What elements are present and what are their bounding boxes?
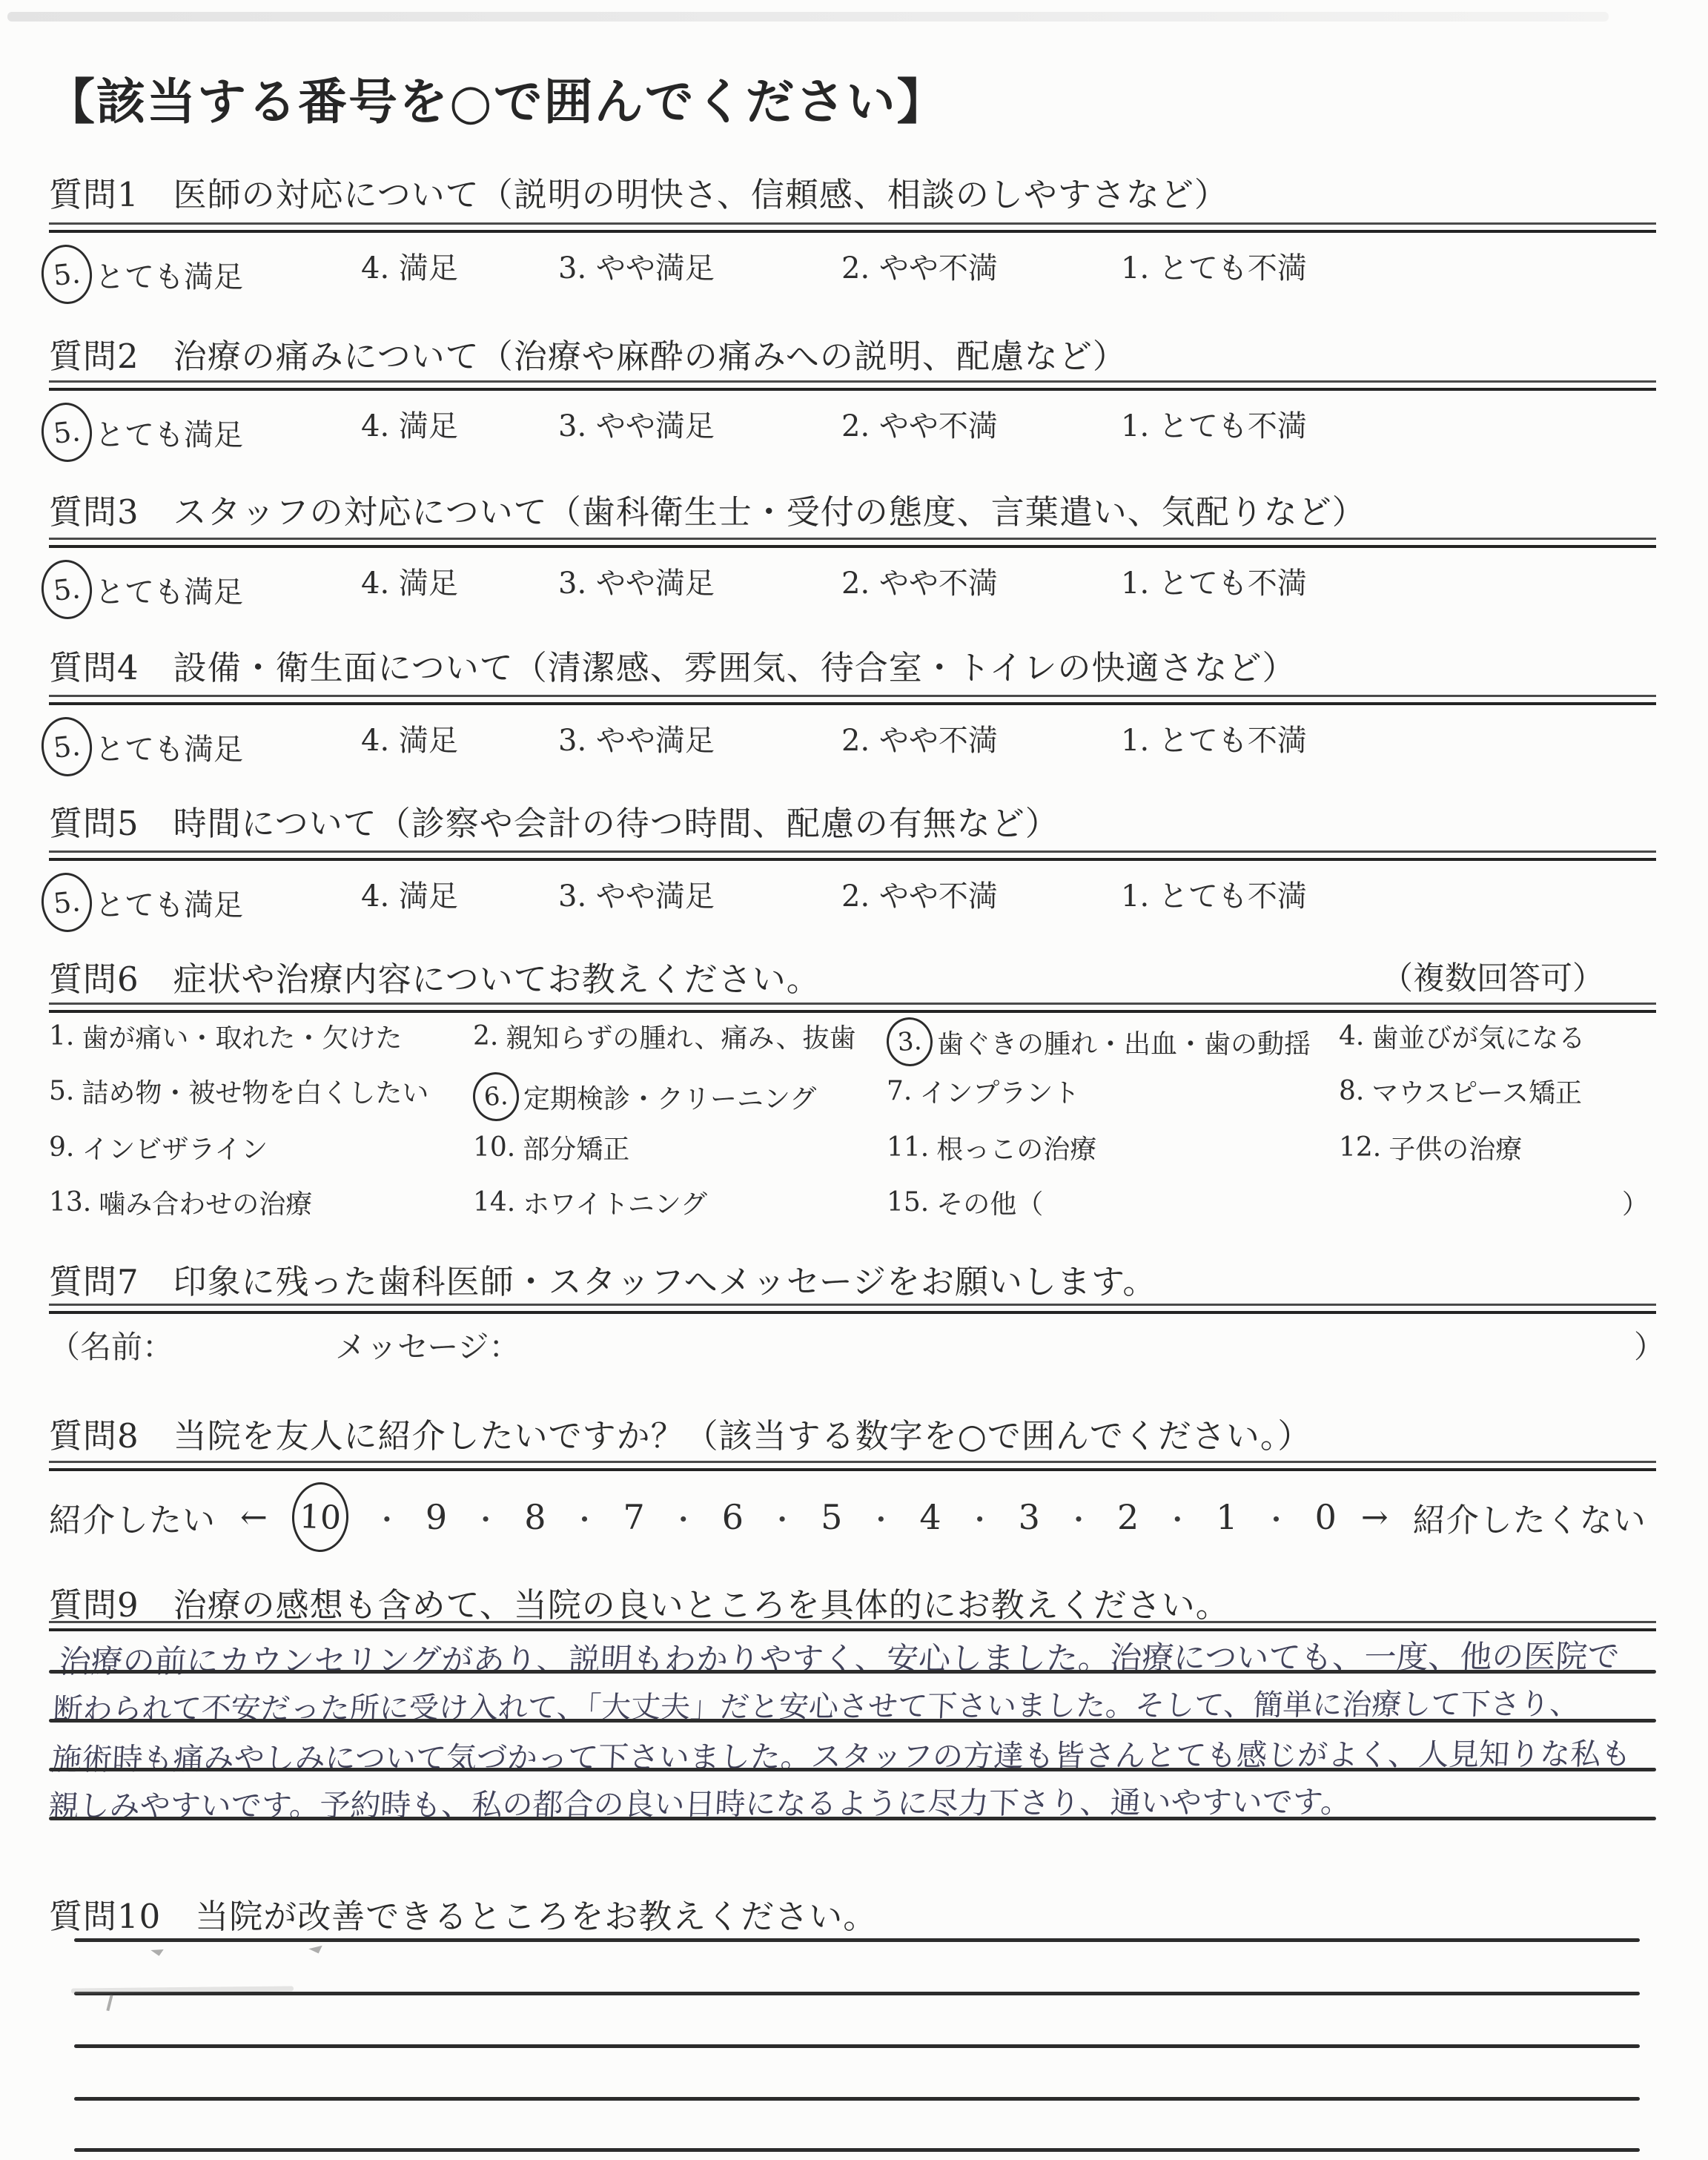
q5-option-2: 2. やや不満 (841, 873, 998, 915)
q3-header: 質問3 スタッフの対応について（歯科衛生士・受付の態度、言葉遣い、気配りなど） (49, 485, 1366, 533)
q3-option-3: 3. やや満足 (558, 560, 715, 602)
q8-number-1: 1 (1216, 1497, 1237, 1537)
q10-rule-5 (74, 2148, 1640, 2152)
q6-item-1: 1.歯が痛い・取れた・欠けた (49, 1017, 402, 1055)
q9-rule-4 (49, 1817, 1656, 1820)
q7-close-paren: ） (1634, 1323, 1665, 1367)
q10-header: 質問10 当院が改善できるところをお教えください。 (49, 1889, 877, 1938)
q8-number-0: 0 (1315, 1497, 1337, 1537)
scan-artifact (106, 1995, 113, 2011)
q6-row-3: 9.インビザライン 10.部分矯正 11.根っこの治療 12.子供の治療 (0, 1129, 1708, 1180)
q6-item-5: 5.詰め物・被せ物を白くしたい (49, 1072, 428, 1110)
q5-header: 質問5 時間について（診察や会計の待つ時間、配慮の有無など） (49, 796, 1059, 845)
q8-number-3: 3 (1019, 1497, 1040, 1537)
q4-divider (49, 695, 1656, 705)
q9-header: 質問9 治療の感想も含めて、当院の良いところを具体的にお教えください。 (49, 1578, 1230, 1626)
q6-row-4: 13.噛み合わせの治療 14.ホワイトニング 15.その他（ ） (0, 1183, 1708, 1235)
q6-item-6-selected: 6.定期検診・クリーニング (473, 1072, 816, 1121)
q6-item-3-circled-mark: 3. (885, 1016, 934, 1068)
q3-option-1: 1. とても不満 (1121, 560, 1307, 602)
q8-nps-scale: 紹介したい ← 10 ・ 9 ・ 8 ・ 7 ・ 6 ・ 5 ・ 4 ・ 3 ・… (49, 1480, 1646, 1554)
q6-item-12: 12.子供の治療 (1339, 1129, 1522, 1166)
q1-option-3: 3. やや満足 (558, 245, 715, 287)
q4-option-3: 3. やや満足 (558, 717, 715, 759)
q6-item-10: 10.部分矯正 (473, 1129, 629, 1166)
q1-options: 5.とても満足 4. 満足 3. やや満足 2. やや不満 1. とても不満 (0, 245, 1708, 311)
q9-answer-line-1: 治療の前にカウンセリングがあり、説明もわかりやすく、安心しました。治療についても… (58, 1631, 1621, 1682)
q8-right-arrow-icon: → (1361, 1499, 1388, 1536)
q7-message-field-label: メッセージ： (335, 1323, 520, 1367)
q7-header: 質問7 印象に残った歯科医師・スタッフへメッセージをお願いします。 (49, 1255, 1156, 1303)
q8-number-4: 4 (919, 1497, 941, 1537)
q6-item-6-circled-mark: 6. (471, 1071, 520, 1123)
q2-option-5-selected: 5.とても満足 (42, 403, 243, 462)
q3-options: 5.とても満足 4. 満足 3. やや満足 2. やや不満 1. とても不満 (0, 560, 1708, 627)
q2-options: 5.とても満足 4. 満足 3. やや満足 2. やや不満 1. とても不満 (0, 403, 1708, 469)
q6-other-close-paren: ） (1622, 1183, 1649, 1221)
q2-header: 質問2 治療の痛みについて（治療や麻酔の痛みへの説明、配慮など） (49, 329, 1127, 377)
q8-number-2: 2 (1117, 1497, 1139, 1537)
q6-item-14: 14.ホワイトニング (473, 1183, 707, 1221)
q6-multi-answer-note: （複数回答可） (1381, 954, 1604, 999)
q6-item-2: 2.親知らずの腫れ、痛み、抜歯 (473, 1017, 856, 1055)
q9-divider (49, 1621, 1656, 1631)
q6-item-15-other: 15.その他（ (887, 1183, 1043, 1221)
q5-options: 5.とても満足 4. 満足 3. やや満足 2. やや不満 1. とても不満 (0, 873, 1708, 939)
q3-option-5-selected: 5.とても満足 (42, 560, 243, 619)
q1-option-4: 4. 満足 (361, 245, 458, 287)
q6-item-8: 8.マウスピース矯正 (1339, 1072, 1582, 1110)
q1-option-1: 1. とても不満 (1121, 245, 1307, 287)
q2-option-2: 2. やや不満 (841, 403, 998, 445)
q4-option-4: 4. 満足 (361, 717, 458, 759)
q2-option-4: 4. 満足 (361, 403, 458, 445)
instruction-title: 【該当する番号を○で囲んでください】 (46, 62, 947, 133)
q1-header: 質問1 医師の対応について（説明の明快さ、信頼感、相談のしやすさなど） (49, 168, 1228, 216)
q8-number-6: 6 (722, 1497, 744, 1537)
q6-item-7: 7.インプラント (887, 1072, 1079, 1110)
q8-number-7: 7 (623, 1497, 644, 1537)
q5-divider (49, 851, 1656, 861)
q6-item-9: 9.インビザライン (49, 1129, 268, 1166)
q5-option-5-label: とても満足 (95, 882, 243, 924)
q5-option-3: 3. やや満足 (558, 873, 715, 915)
q2-circled-answer-mark: 5. (39, 400, 95, 465)
q8-circled-answer-10: 10 (291, 1482, 349, 1553)
q10-rule-2 (74, 1992, 1640, 1995)
q2-option-1: 1. とても不満 (1121, 403, 1307, 445)
q6-item-4: 4.歯並びが気になる (1339, 1017, 1585, 1055)
q3-option-5-label: とても満足 (95, 569, 243, 611)
q4-options: 5.とても満足 4. 満足 3. やや満足 2. やや不満 1. とても不満 (0, 717, 1708, 784)
q4-option-5-label: とても満足 (95, 726, 243, 768)
q10-rule-3 (74, 2044, 1640, 2048)
q6-row-1: 1.歯が痛い・取れた・欠けた 2.親知らずの腫れ、痛み、抜歯 3.歯ぐきの腫れ・… (0, 1017, 1708, 1069)
q7-divider (49, 1304, 1656, 1314)
q2-option-5-label: とても満足 (95, 412, 243, 454)
q5-option-5-selected: 5.とても満足 (42, 873, 243, 932)
q4-option-5-selected: 5.とても満足 (42, 717, 243, 776)
q6-header: 質問6 症状や治療内容についてお教えください。 (49, 952, 821, 1000)
q10-rule-4 (74, 2097, 1640, 2101)
q8-number-5: 5 (821, 1497, 842, 1537)
q3-circled-answer-mark: 5. (39, 558, 95, 622)
q10-rule-1 (74, 1938, 1640, 1942)
q9-rule-3 (49, 1768, 1656, 1771)
scan-artifact (150, 1943, 164, 1956)
q5-option-4: 4. 満足 (361, 873, 458, 915)
q6-item-11: 11.根っこの治療 (887, 1129, 1096, 1166)
q2-option-3: 3. やや満足 (558, 403, 715, 445)
q6-row-2: 5.詰め物・被せ物を白くしたい 6.定期検診・クリーニング 7.インプラント 8… (0, 1072, 1708, 1124)
q1-divider (49, 222, 1656, 233)
q7-name-field-label: （名前： (49, 1323, 173, 1367)
q4-header: 質問4 設備・衛生面について（清潔感、雰囲気、待合室・トイレの快適さなど） (49, 641, 1296, 689)
q1-circled-answer-mark: 5. (39, 242, 95, 307)
q9-rule-2 (49, 1719, 1656, 1723)
q4-option-1: 1. とても不満 (1121, 717, 1307, 759)
q5-circled-answer-mark: 5. (39, 871, 95, 935)
q8-number-9: 9 (426, 1497, 447, 1537)
scan-edge-band (7, 12, 1609, 22)
q2-divider (49, 380, 1656, 391)
q5-option-1: 1. とても不満 (1121, 873, 1307, 915)
q8-right-label: 紹介したくない (1413, 1493, 1646, 1541)
q3-option-2: 2. やや不満 (841, 560, 998, 602)
scan-artifact (308, 1941, 322, 1953)
q3-divider (49, 538, 1656, 548)
q9-rule-1 (49, 1670, 1656, 1674)
q6-divider (49, 1003, 1656, 1013)
q8-header: 質問8 当院を友人に紹介したいですか？（該当する数字を○で囲んでください。） (49, 1409, 1311, 1457)
q4-option-2: 2. やや不満 (841, 717, 998, 759)
q4-circled-answer-mark: 5. (39, 715, 95, 779)
q1-option-5-label: とても満足 (95, 254, 243, 296)
q6-item-3-selected: 3.歯ぐきの腫れ・出血・歯の動揺 (887, 1017, 1311, 1066)
q8-left-label: 紹介したい (49, 1493, 216, 1541)
q1-option-2: 2. やや不満 (841, 245, 998, 287)
survey-form-page: 【該当する番号を○で囲んでください】 質問1 医師の対応について（説明の明快さ、… (0, 0, 1708, 2160)
q1-option-5-selected: 5.とても満足 (42, 245, 243, 304)
q6-item-13: 13.噛み合わせの治療 (49, 1183, 312, 1221)
q3-option-4: 4. 満足 (361, 560, 458, 602)
q8-divider (49, 1461, 1656, 1471)
q8-number-8: 8 (524, 1497, 546, 1537)
q8-left-arrow-icon: ← (240, 1499, 268, 1536)
